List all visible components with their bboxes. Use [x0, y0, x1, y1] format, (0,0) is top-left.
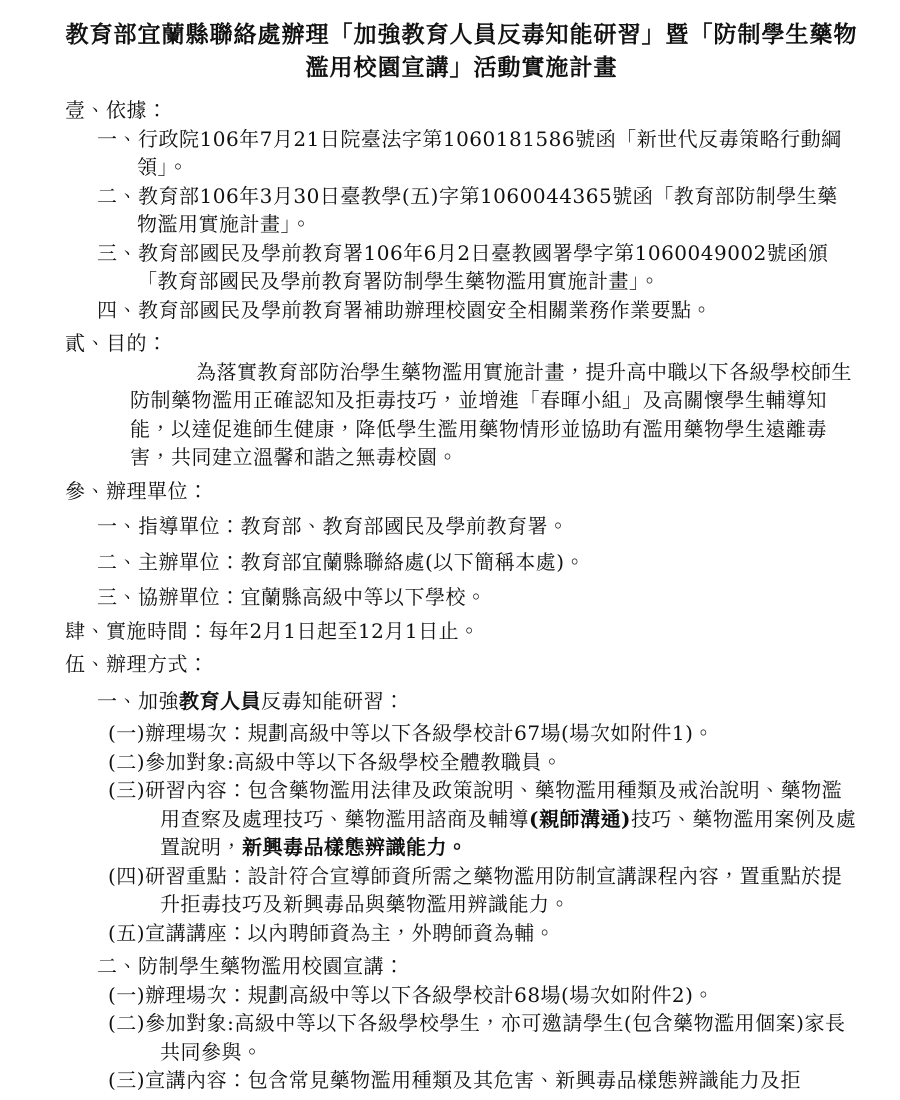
part-1-title-bold: 教育人員: [179, 689, 261, 713]
section-5-part-2-title: 二、防制學生藥物濫用校園宣講：: [65, 952, 858, 981]
section-4-heading: 肆、實施時間：每年2月1日起至12月1日止。: [65, 617, 858, 646]
part-1-title-post: 反毒知能研習：: [261, 689, 405, 713]
section-1-item: 四、教育部國民及學前教育署補助辦理校園安全相關業務作業要點。: [65, 296, 858, 325]
part-2-item: (二)參加對象:高級中等以下各級學校學生，亦可邀請學生(包含藥物濫用個案)家長共…: [65, 1009, 858, 1066]
section-2-heading: 貳、目的：: [65, 329, 858, 358]
section-5-heading: 伍、辦理方式：: [65, 650, 858, 679]
section-3-item: 三、協辦單位：宜蘭縣高級中等以下學校。: [65, 583, 858, 612]
section-2-paragraph: 為落實教育部防治學生藥物濫用實施計畫，提升高中職以下各級學校師生防制藥物濫用正確…: [65, 358, 858, 472]
document-page: 教育部宜蘭縣聯絡處辦理「加強教育人員反毒知能研習」暨「防制學生藥物濫用校園宣講」…: [0, 0, 900, 1100]
part-1-item: (三)研習內容：包含藥物濫用法律及政策說明、藥物濫用種類及戒治說明、藥物濫用查察…: [65, 776, 858, 862]
part-1-item: (一)辦理場次：規劃高級中等以下各級學校計67場(場次如附件1)。: [65, 719, 858, 748]
section-1-item: 一、行政院106年7月21日院臺法字第1060181586號函「新世代反毒策略行…: [65, 125, 858, 182]
part-1-item: (二)參加對象:高級中等以下各級學校全體教職員。: [65, 748, 858, 777]
section-3-heading: 參、辦理單位：: [65, 477, 858, 506]
part-2-item: (三)宣講內容：包含常見藥物濫用種類及其危害、新興毒品樣態辨識能力及拒: [65, 1066, 858, 1095]
part-1-item-3-run-bold: 新興毒品樣態辨識能力。: [242, 835, 468, 859]
section-1-item: 二、教育部106年3月30日臺教學(五)字第1060044365號函「教育部防制…: [65, 182, 858, 239]
part-1-item-3-run-bold: (親師溝通): [529, 807, 631, 831]
part-1-title-pre: 一、加強: [97, 689, 179, 713]
document-title: 教育部宜蘭縣聯絡處辦理「加強教育人員反毒知能研習」暨「防制學生藥物濫用校園宣講」…: [65, 18, 858, 84]
part-1-item: (五)宣講講座：以內聘師資為主，外聘師資為輔。: [65, 919, 858, 948]
part-2-item: (一)辦理場次：規劃高級中等以下各級學校計68場(場次如附件2)。: [65, 981, 858, 1010]
section-5-part-1-title: 一、加強教育人員反毒知能研習：: [65, 687, 858, 716]
section-3-item: 一、指導單位：教育部、教育部國民及學前教育署。: [65, 512, 858, 541]
section-3-item: 二、主辦單位：教育部宜蘭縣聯絡處(以下簡稱本處)。: [65, 548, 858, 577]
part-1-item: (四)研習重點：設計符合宣導師資所需之藥物濫用防制宣講課程內容，置重點於提升拒毒…: [65, 862, 858, 919]
section-1-heading: 壹、依據：: [65, 96, 858, 125]
section-1-item: 三、教育部國民及學前教育署106年6月2日臺教國署學字第1060049002號函…: [65, 239, 858, 296]
